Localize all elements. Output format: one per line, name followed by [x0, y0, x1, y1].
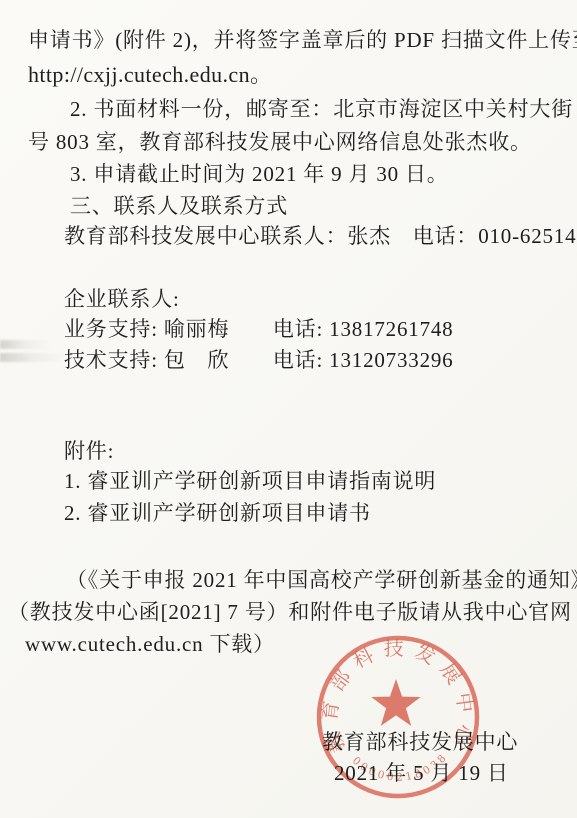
download-note-line-3: www.cutech.edu.cn 下载）: [25, 631, 275, 658]
scan-smudge: [0, 340, 52, 349]
contacts-section-heading: 三、联系人及联系方式: [70, 193, 288, 220]
upload-instruction-line: 申请书》(附件 2)，并将签字盖章后的 PDF 扫描文件上传至：: [28, 27, 577, 54]
scan-smudge: [0, 353, 68, 362]
scanned-document-page: 申请书》(附件 2)，并将签字盖章后的 PDF 扫描文件上传至： http://…: [0, 0, 577, 818]
seal-star-icon: [371, 679, 420, 726]
signature-organization: 教育部科技发展中心: [322, 729, 518, 756]
company-contact-label: 企业联系人:: [64, 286, 180, 313]
tech-support-contact-line: 技术支持: 包 欣 电话: 13120733296: [64, 347, 453, 374]
attachment-item-1: 1. 睿亚训产学研创新项目申请指南说明: [64, 468, 436, 495]
mailing-instruction-line-2: 号 803 室，教育部科技发展中心网络信息处张杰收。: [28, 129, 532, 156]
download-note-line-1: （《关于申报 2021 年中国高校产学研创新基金的通知》: [66, 567, 577, 594]
deadline-line: 3. 申请截止时间为 2021 年 9 月 30 日。: [70, 161, 449, 188]
signature-date: 2021 年 5 月 19 日: [334, 760, 509, 787]
download-note-line-2: （教技发中心函[2021] 7 号）和附件电子版请从我中心官网: [8, 599, 572, 626]
attachment-item-2: 2. 睿亚训产学研创新项目申请书: [64, 500, 371, 527]
business-support-contact-line: 业务支持: 喻丽梅 电话: 13817261748: [64, 316, 453, 343]
upload-url-text: http://cxjj.cutech.edu.cn。: [28, 61, 272, 88]
center-contact-line: 教育部科技发展中心联系人：张杰 电话：010-62514689: [64, 223, 577, 250]
mailing-instruction-line-1: 2. 书面材料一份，邮寄至：北京市海淀区中关村大街 35: [70, 96, 577, 123]
attachments-label: 附件:: [64, 438, 114, 465]
